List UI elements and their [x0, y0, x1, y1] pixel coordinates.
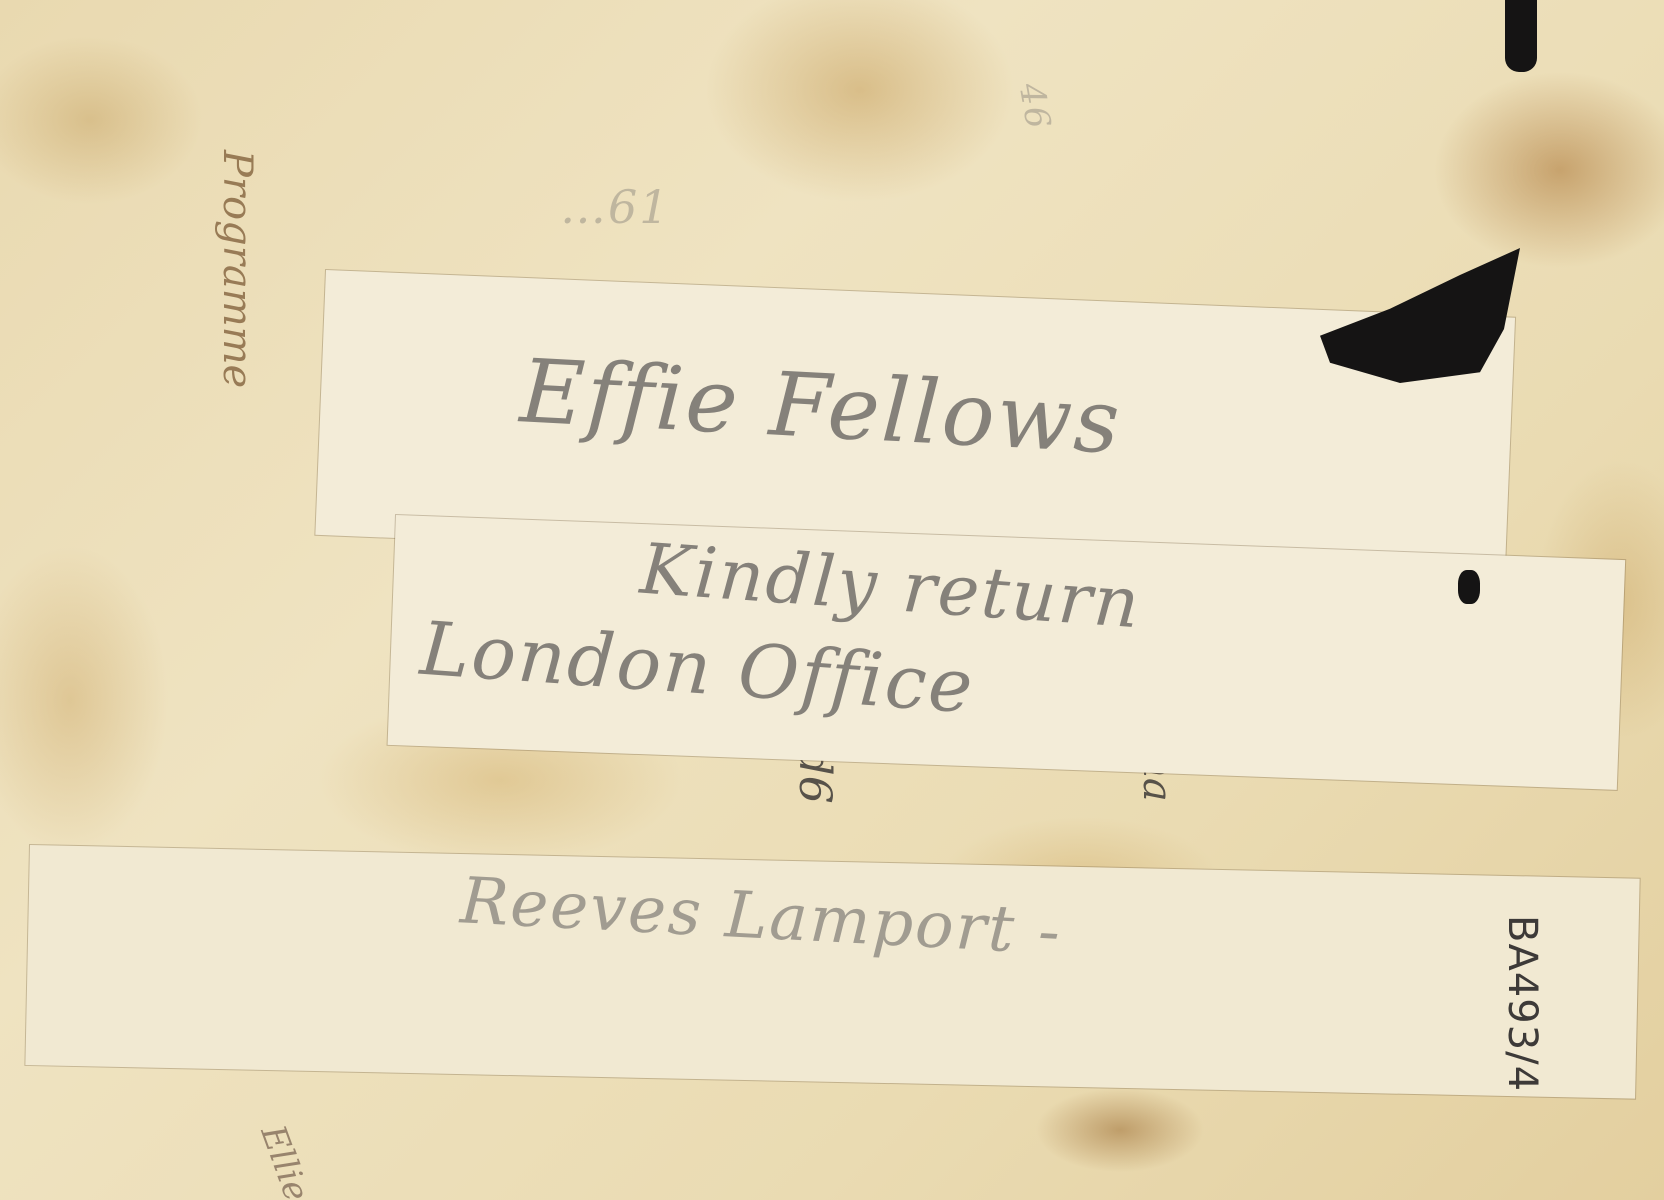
paper-loss [1458, 570, 1480, 604]
paper-loss [1505, 0, 1537, 72]
top-faint-pencil: …61 [560, 180, 671, 234]
bottom-left-ink-mark: Ellie [252, 1120, 316, 1200]
top-right-pencil-number: 46 [1011, 80, 1059, 133]
catalogue-number: BA493/4 [1499, 915, 1545, 1092]
vertical-ink-programme: Programme [214, 150, 260, 388]
photo-card-reverse: Programme …61 46 Ellie ord6 ma Effie Fel… [0, 0, 1664, 1200]
